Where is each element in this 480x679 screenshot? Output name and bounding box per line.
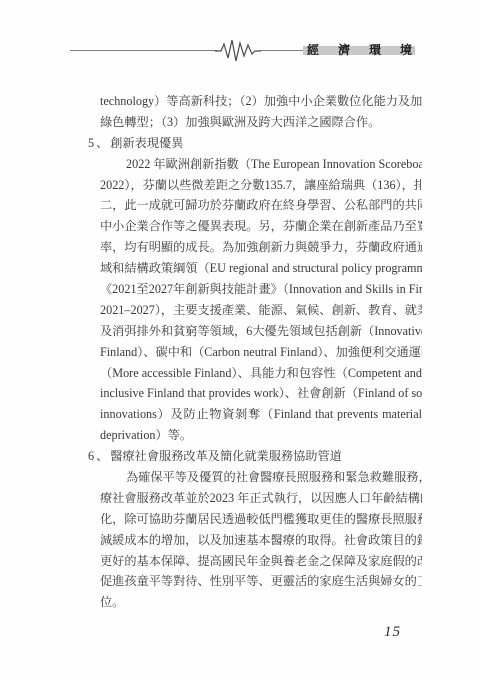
text-line: 中小企業合作等之優異表現。另，芬蘭企業在創新產品乃至寬頻普及 — [100, 216, 422, 237]
text-line: 二，此一成就可歸功於芬蘭政府在終身學習、公私部門的共同出版與 — [100, 195, 422, 216]
text-line: Finland）、碳中和（Carbon neutral Finland）、加強便… — [100, 342, 422, 363]
text-line: 率，均有明顯的成長。為加強創新力與競爭力，芬蘭政府通過歐盟區 — [100, 237, 422, 258]
text-line: （More accessible Finland）、具能力和包容性（Compet… — [100, 363, 422, 384]
item6-title: 醫療社會服務改革及簡化就業服務協助管道 — [110, 449, 342, 463]
text-line: 綠色轉型；（3）加強與歐洲及跨大西洋之國際合作。 — [100, 112, 422, 133]
text-line: deprivation）等。 — [100, 425, 422, 446]
item5-heading: 5、創新表現優異 — [88, 133, 422, 154]
section-label: 經濟環境 — [307, 44, 431, 56]
item6-number: 6、 — [88, 449, 110, 463]
text-line: 位。 — [100, 592, 422, 613]
text-line: innovations）及防止物資剝奪（Finland that prevent… — [100, 404, 422, 425]
item5-paragraph: 2022 年歐洲創新指數（The European Innovation Sco… — [88, 154, 422, 446]
text-line: 減緩成本的增加，以及加速基本醫療的取得。社會政策目的鎖定實現 — [100, 530, 422, 551]
text-line: 療社會服務改革並於2023 年正式執行，以因應人口年齡結構的變 — [100, 488, 422, 509]
header-rule-mid — [259, 50, 304, 51]
pulse-zigzag-icon — [215, 37, 261, 64]
item6-paragraph: 為確保平等及優質的社會醫療長照服務和緊急救難服務，提出醫療社會服務改革並於202… — [88, 467, 422, 613]
item5-title: 創新表現優異 — [110, 136, 183, 150]
text-line: 2021–2027），主要支援產業、能源、氣候、創新、教育、就業政策 — [100, 300, 422, 321]
text-line: 域和結構政策綱領（EU regional and structural poli… — [100, 258, 422, 279]
text-line: 及消弭排外和貧窮等領域，6大優先領域包括創新（Innovative — [100, 321, 422, 342]
item6-heading: 6、醫療社會服務改革及簡化就業服務協助管道 — [88, 446, 422, 467]
text-line: 化，除可協助芬蘭居民透過較低門檻獲取更佳的醫療長照服務，同時 — [100, 509, 422, 530]
text-line: 2022 年歐洲創新指數（The European Innovation Sco… — [100, 154, 422, 175]
text-line: inclusive Finland that provides work）、社會… — [100, 383, 422, 404]
intro-paragraph: technology）等高新科技；（2）加強中小企業數位化能力及加速產業綠色轉型… — [88, 91, 422, 133]
text-line: 更好的基本保障、提高國民年金與養老金之保障及家庭假的改善，以 — [100, 551, 422, 572]
text-line: 2022），芬蘭以些微差距之分數135.7，讓座給瑞典（136），排名第 — [100, 175, 422, 196]
page-number: 15 — [384, 624, 401, 641]
text-line: 《2021至2027年創新與技能計畫》（Innovation and Skill… — [100, 279, 422, 300]
text-line: 為確保平等及優質的社會醫療長照服務和緊急救難服務，提出醫 — [100, 467, 422, 488]
text-line: technology）等高新科技；（2）加強中小企業數位化能力及加速產業 — [100, 91, 422, 112]
page-body: technology）等高新科技；（2）加強中小企業數位化能力及加速產業綠色轉型… — [88, 91, 422, 613]
header-rule-left — [70, 50, 217, 51]
item5-number: 5、 — [88, 136, 110, 150]
text-line: 促進孩童平等對待、性別平等、更靈活的家庭生活與婦女的工作地 — [100, 571, 422, 592]
document-page: 經濟環境 technology）等高新科技；（2）加強中小企業數位化能力及加速產… — [0, 0, 480, 679]
